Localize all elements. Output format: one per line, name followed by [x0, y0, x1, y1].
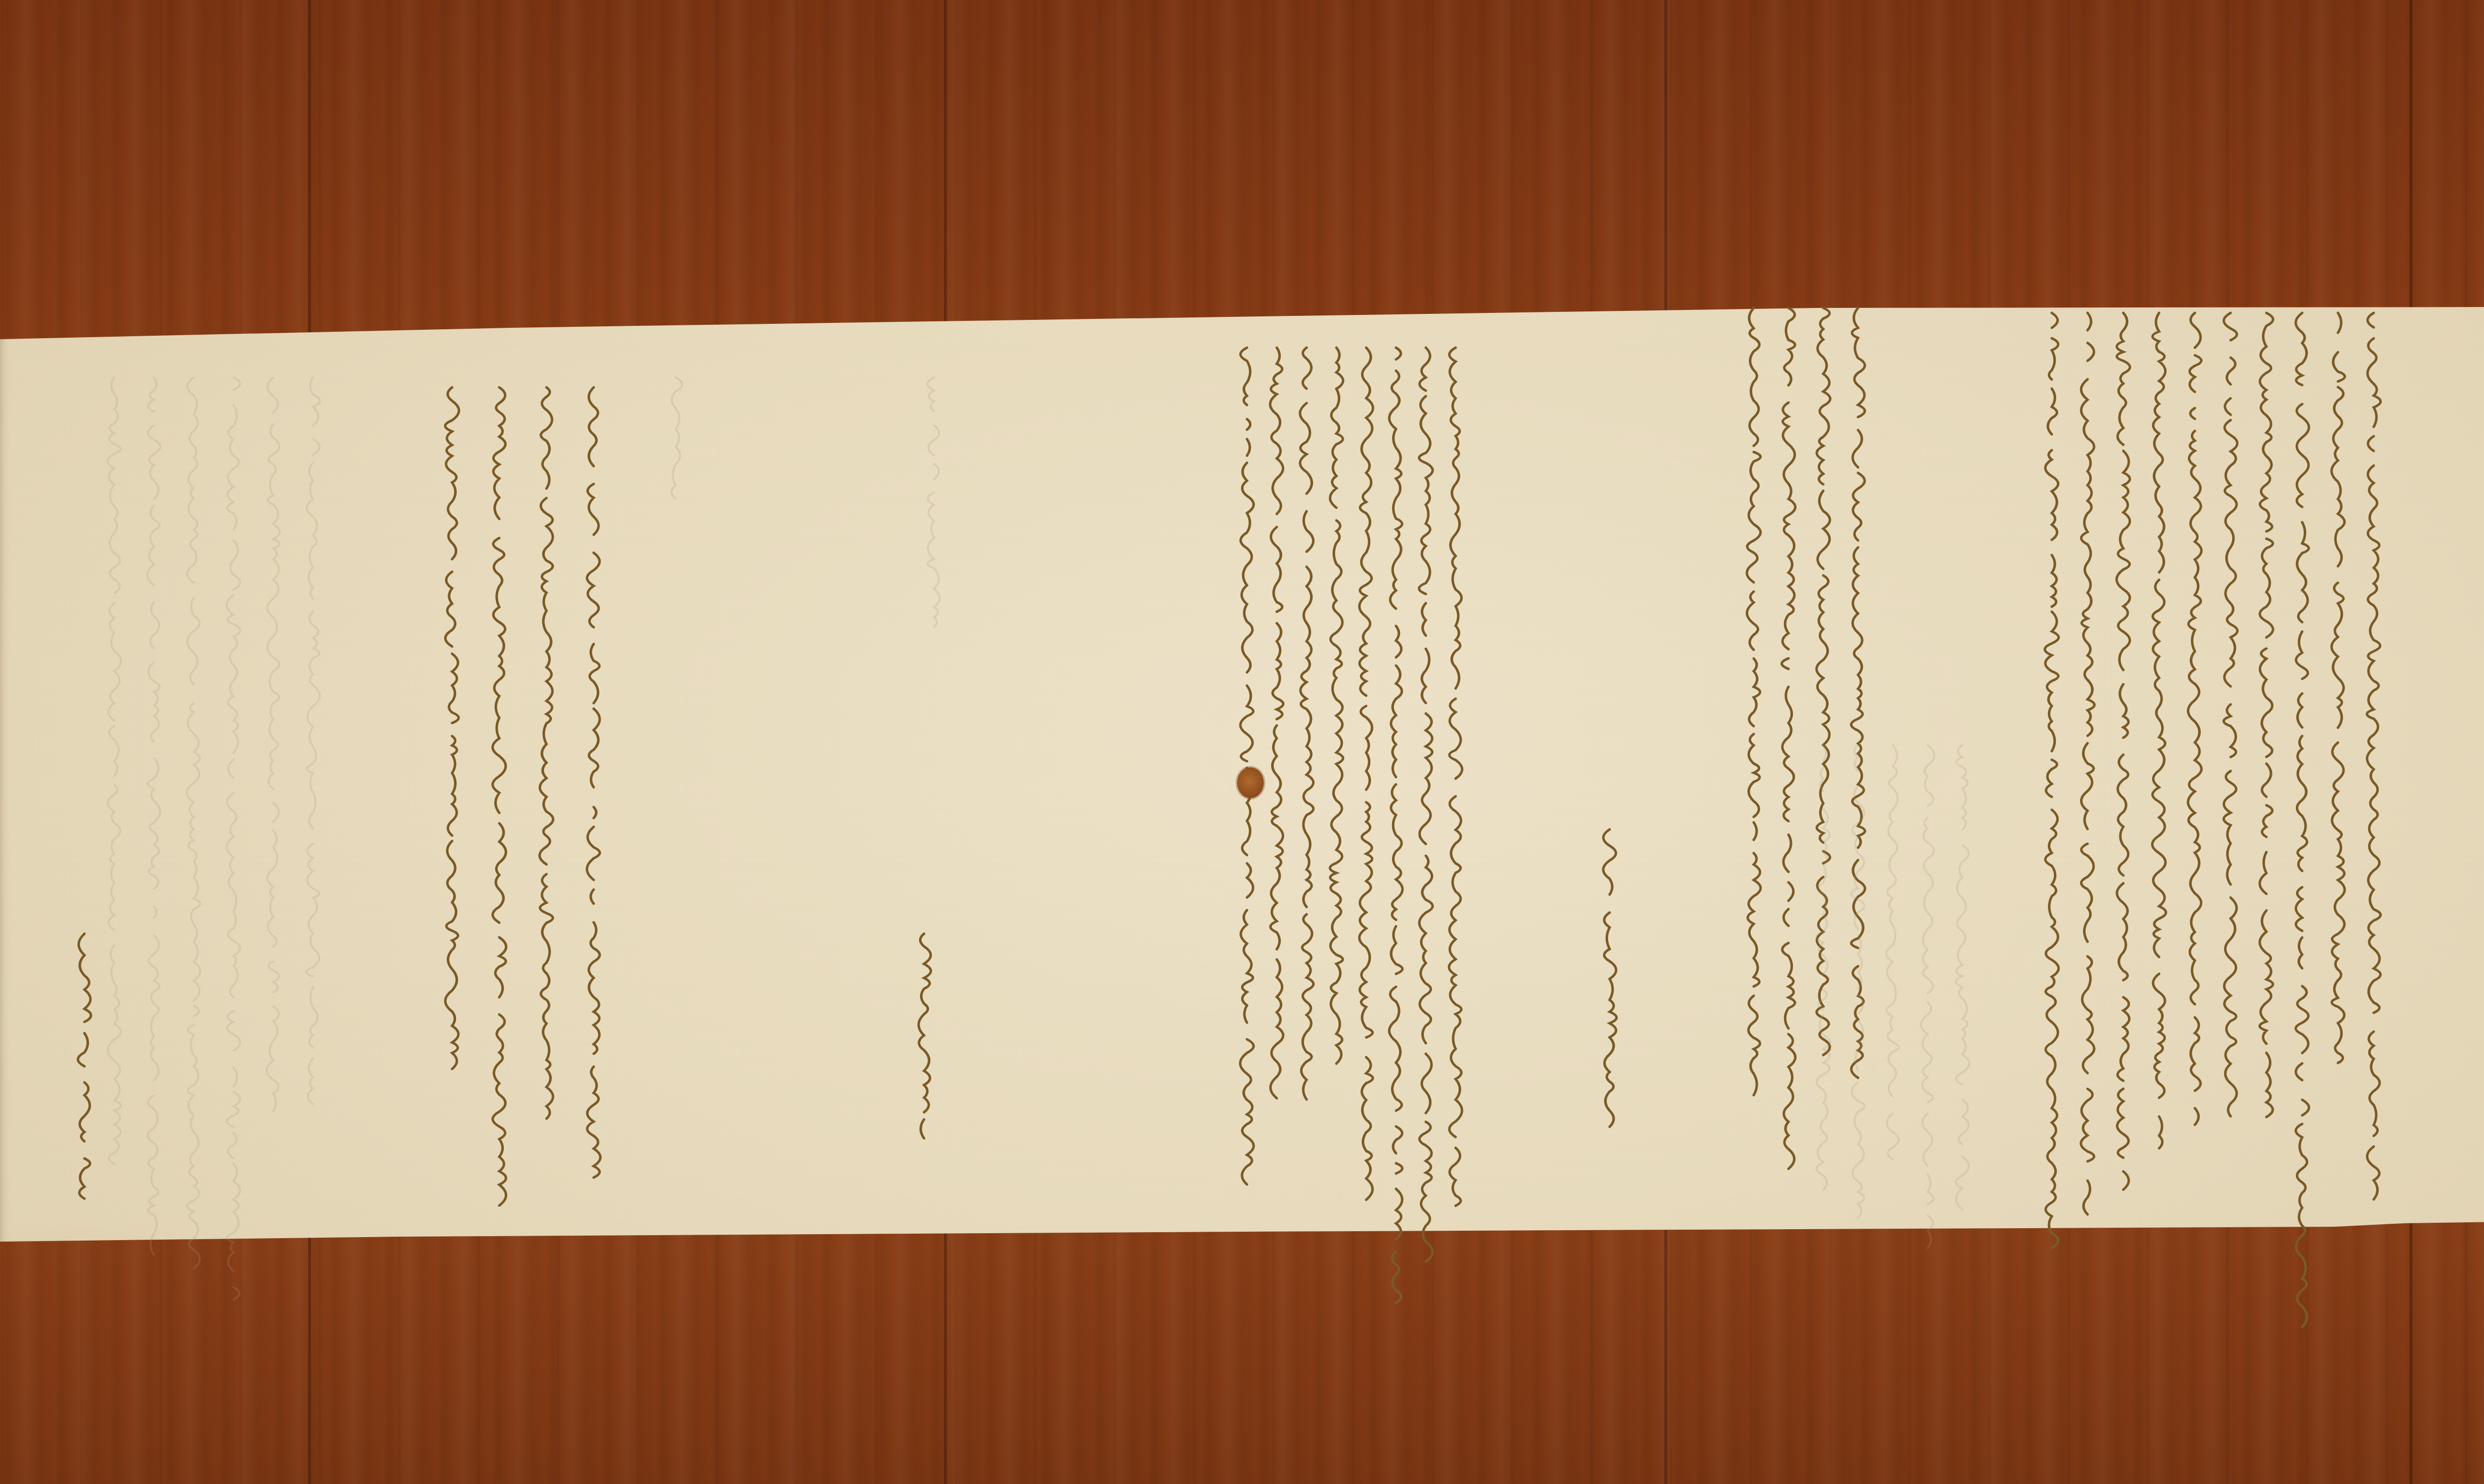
handwritten-line — [2287, 313, 2317, 1171]
handwritten-line — [2073, 313, 2102, 1099]
handwritten-line — [2108, 313, 2138, 1090]
handwritten-line — [919, 377, 949, 584]
handwritten-line — [219, 377, 248, 1175]
handwritten-line — [1739, 308, 1769, 1019]
document-type: handwritten manuscript leaf (photographe… — [0, 0, 0, 0]
handwritten-line — [579, 387, 609, 1039]
handwritten-line — [1381, 348, 1411, 1176]
handwritten-line — [258, 377, 288, 1038]
handwritten-line — [2323, 313, 2353, 1004]
handwritten-line — [1321, 348, 1351, 1043]
document-legibility: cursive script, not transcribed — [0, 0, 0, 0]
handwritten-line — [1351, 348, 1381, 1139]
handwritten-line — [1232, 348, 1262, 1091]
handwritten-line — [661, 377, 691, 494]
handwritten-line — [99, 377, 129, 1123]
handwritten-line — [2216, 313, 2246, 1033]
handwritten-line — [1808, 745, 1838, 1131]
handwritten-line — [1441, 348, 1471, 1164]
handwritten-line — [1292, 348, 1321, 1034]
handwritten-line — [2180, 313, 2210, 1049]
handwritten-line — [298, 377, 328, 1026]
handwritten-line — [179, 377, 209, 1212]
handwritten-line — [1947, 745, 1977, 1152]
handwritten-line — [1843, 745, 1873, 1168]
handwritten-line — [70, 934, 99, 1146]
handwritten-line — [437, 387, 467, 1029]
handwritten-line — [1878, 745, 1908, 1135]
photo-scene: handwritten manuscript leaf (photographe… — [0, 0, 2484, 1484]
handwritten-line — [909, 934, 939, 1125]
handwritten-line — [1262, 348, 1292, 1055]
handwritten-line — [2144, 313, 2174, 1103]
handwritten-line — [1595, 829, 1625, 1093]
handwritten-line — [532, 387, 561, 1097]
handwritten-line — [484, 387, 514, 1135]
handwritten-line — [139, 377, 169, 1131]
handwritten-line — [2251, 313, 2281, 1031]
handwritten-line — [1913, 745, 1942, 1186]
handwritten-line — [2359, 313, 2389, 1123]
handwritten-line — [2037, 313, 2067, 1159]
handwritten-line — [1411, 348, 1441, 1187]
handwritten-line — [1774, 308, 1803, 1060]
paper-hole — [1237, 767, 1264, 798]
